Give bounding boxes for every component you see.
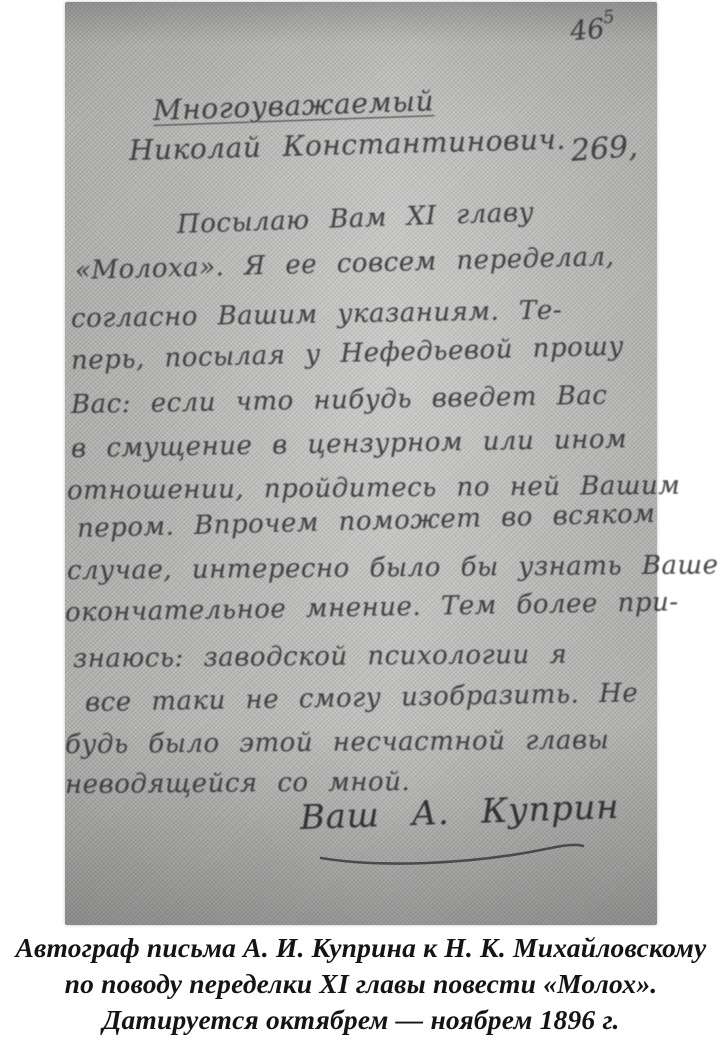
page-number-superscript: 5 — [602, 7, 615, 28]
handwritten-line: знаюсь: заводской психологии я — [73, 640, 567, 674]
caption-line-2: по поводу переделки XI главы повести «Мо… — [0, 966, 722, 1002]
page-number-main: 46 — [569, 13, 606, 47]
handwritten-line: Посылаю Вам XI главу — [176, 198, 534, 240]
letter-photo: 465 Многоуважаемый Николай Константинови… — [65, 2, 657, 925]
handwritten-line: окончательное мнение. Тем более при- — [65, 587, 679, 628]
handwritten-line: в смущение в цензурном или ином — [71, 424, 628, 464]
book-page: 465 Многоуважаемый Николай Константинови… — [0, 0, 722, 1040]
handwritten-line: «Молоха». Я ее совсем переделал, — [75, 242, 615, 286]
caption-line-1: Автограф письма А. И. Куприна к Н. К. Ми… — [0, 930, 722, 966]
handwritten-line: Вас: если что нибудь введет Вас — [71, 381, 608, 420]
caption-line-3: Датируется октябрем — ноябрем 1896 г. — [0, 1002, 722, 1038]
handwritten-line: перь, посылая у Нефедьевой прошу — [71, 332, 625, 376]
handwritten-line: случае, интересно было бы узнать Ваше — [67, 550, 719, 586]
handwritten-page-number: 465 — [568, 7, 617, 48]
handwritten-line: пером. Впрочем поможет во всяком — [77, 499, 656, 544]
signature-flourish — [315, 836, 615, 870]
salutation-line-1: Многоуважаемый — [152, 84, 434, 127]
caption: Автограф письма А. И. Куприна к Н. К. Ми… — [0, 930, 722, 1038]
handwritten-line: согласно Вашим указаниям. Те- — [71, 295, 563, 334]
handwritten-line: все таки не смогу изобразить. Не — [85, 678, 639, 718]
archive-number: 269, — [570, 129, 639, 169]
handwritten-line: будь было этой несчастной главы — [65, 725, 610, 760]
salutation-line-2: Николай Константинович. — [129, 123, 567, 167]
